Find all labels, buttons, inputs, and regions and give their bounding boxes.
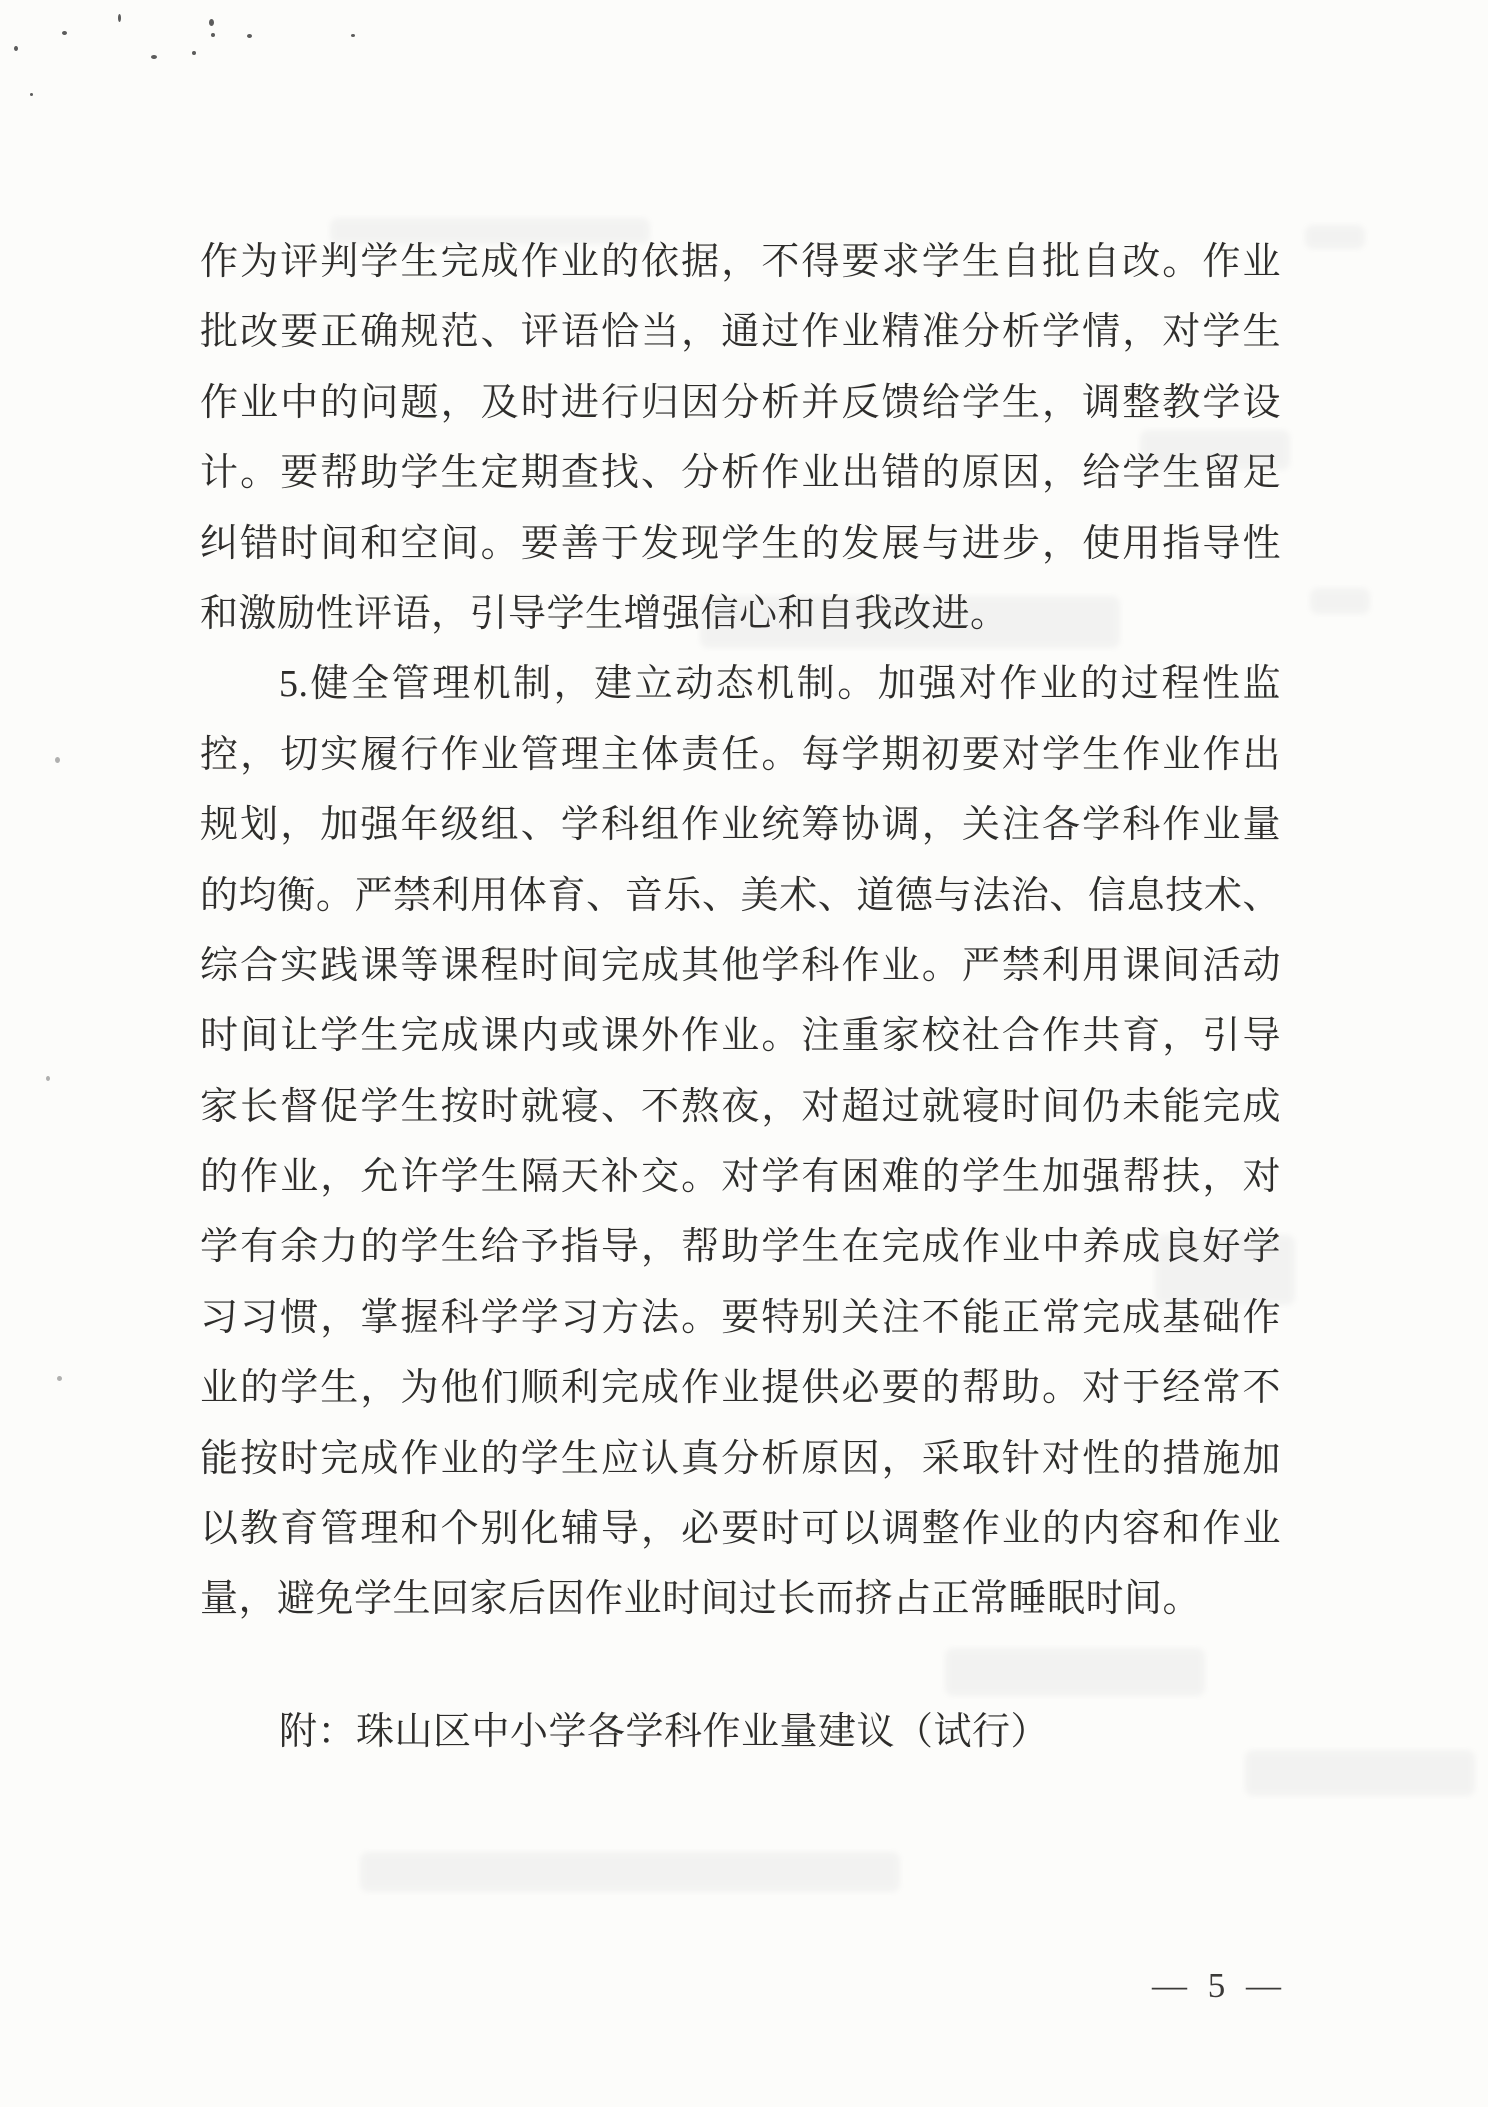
scan-speck (46, 1076, 50, 1081)
scan-speck (209, 19, 214, 26)
scan-bleed-through (1305, 225, 1365, 249)
text-line: 的均衡。严禁利用体育、音乐、美术、道德与法治、信息技术、 (200, 861, 1281, 931)
text-line: 以教育管理和个别化辅导，必要时可以调整作业的内容和作业 (200, 1494, 1281, 1564)
scan-speck (55, 757, 60, 763)
scan-speck (118, 14, 121, 22)
text-line: 能按时完成作业的学生应认真分析原因，采取针对性的措施加 (200, 1424, 1281, 1494)
attachment-note: 附：珠山区中小学各学科作业量建议（试行） (200, 1697, 1281, 1767)
text-line: 量，避免学生回家后因作业时间过长而挤占正常睡眠时间。 (200, 1564, 1281, 1634)
text-line: 作为评判学生完成作业的依据，不得要求学生自批自改。作业 (200, 227, 1281, 297)
text-line: 5.健全管理机制，建立动态机制。加强对作业的过程性监 (200, 649, 1281, 719)
paragraph-continuation: 作为评判学生完成作业的依据，不得要求学生自批自改。作业 批改要正确规范、评语恰当… (200, 227, 1281, 649)
scan-speck (62, 31, 67, 35)
text-line: 规划，加强年级组、学科组作业统筹协调，关注各学科作业量 (200, 790, 1281, 860)
text-line: 和激励性评语，引导学生增强信心和自我改进。 (200, 579, 1281, 649)
text-line: 批改要正确规范、评语恰当，通过作业精准分析学情，对学生 (200, 297, 1281, 367)
page-number: — 5 — (1152, 1966, 1283, 2006)
text-line: 控，切实履行作业管理主体责任。每学期初要对学生作业作出 (200, 720, 1281, 790)
text-line: 习习惯，掌握科学学习方法。要特别关注不能正常完成基础作 (200, 1283, 1281, 1353)
text-line: 家长督促学生按时就寝、不熬夜，对超过就寝时间仍未能完成 (200, 1072, 1281, 1142)
text-line: 作业中的问题，及时进行归因分析并反馈给学生，调整教学设 (200, 368, 1281, 438)
scan-speck (57, 1376, 62, 1381)
text-line: 业的学生，为他们顺利完成作业提供必要的帮助。对于经常不 (200, 1353, 1281, 1423)
scan-speck (351, 34, 355, 37)
text-line: 时间让学生完成课内或课外作业。注重家校社合作共育，引导 (200, 1001, 1281, 1071)
scan-speck (14, 46, 18, 51)
scan-speck (211, 33, 215, 37)
scan-bleed-through (1310, 588, 1370, 614)
scan-speck (151, 55, 157, 59)
text-line: 纠错时间和空间。要善于发现学生的发展与进步，使用指导性 (200, 509, 1281, 579)
text-line: 计。要帮助学生定期查找、分析作业出错的原因，给学生留足 (200, 438, 1281, 508)
scan-speck (30, 93, 33, 96)
scan-speck (247, 34, 252, 38)
scan-speck (192, 51, 196, 55)
text-line: 学有余力的学生给予指导，帮助学生在完成作业中养成良好学 (200, 1212, 1281, 1282)
document-page: 作为评判学生完成作业的依据，不得要求学生自批自改。作业 批改要正确规范、评语恰当… (0, 0, 1488, 2107)
paragraph-item-5: 5.健全管理机制，建立动态机制。加强对作业的过程性监 控，切实履行作业管理主体责… (200, 649, 1281, 1634)
text-line: 的作业，允许学生隔天补交。对学有困难的学生加强帮扶，对 (200, 1142, 1281, 1212)
document-body: 作为评判学生完成作业的依据，不得要求学生自批自改。作业 批改要正确规范、评语恰当… (200, 227, 1281, 1767)
text-line: 综合实践课等课程时间完成其他学科作业。严禁利用课间活动 (200, 931, 1281, 1001)
scan-bleed-through (360, 1852, 900, 1892)
